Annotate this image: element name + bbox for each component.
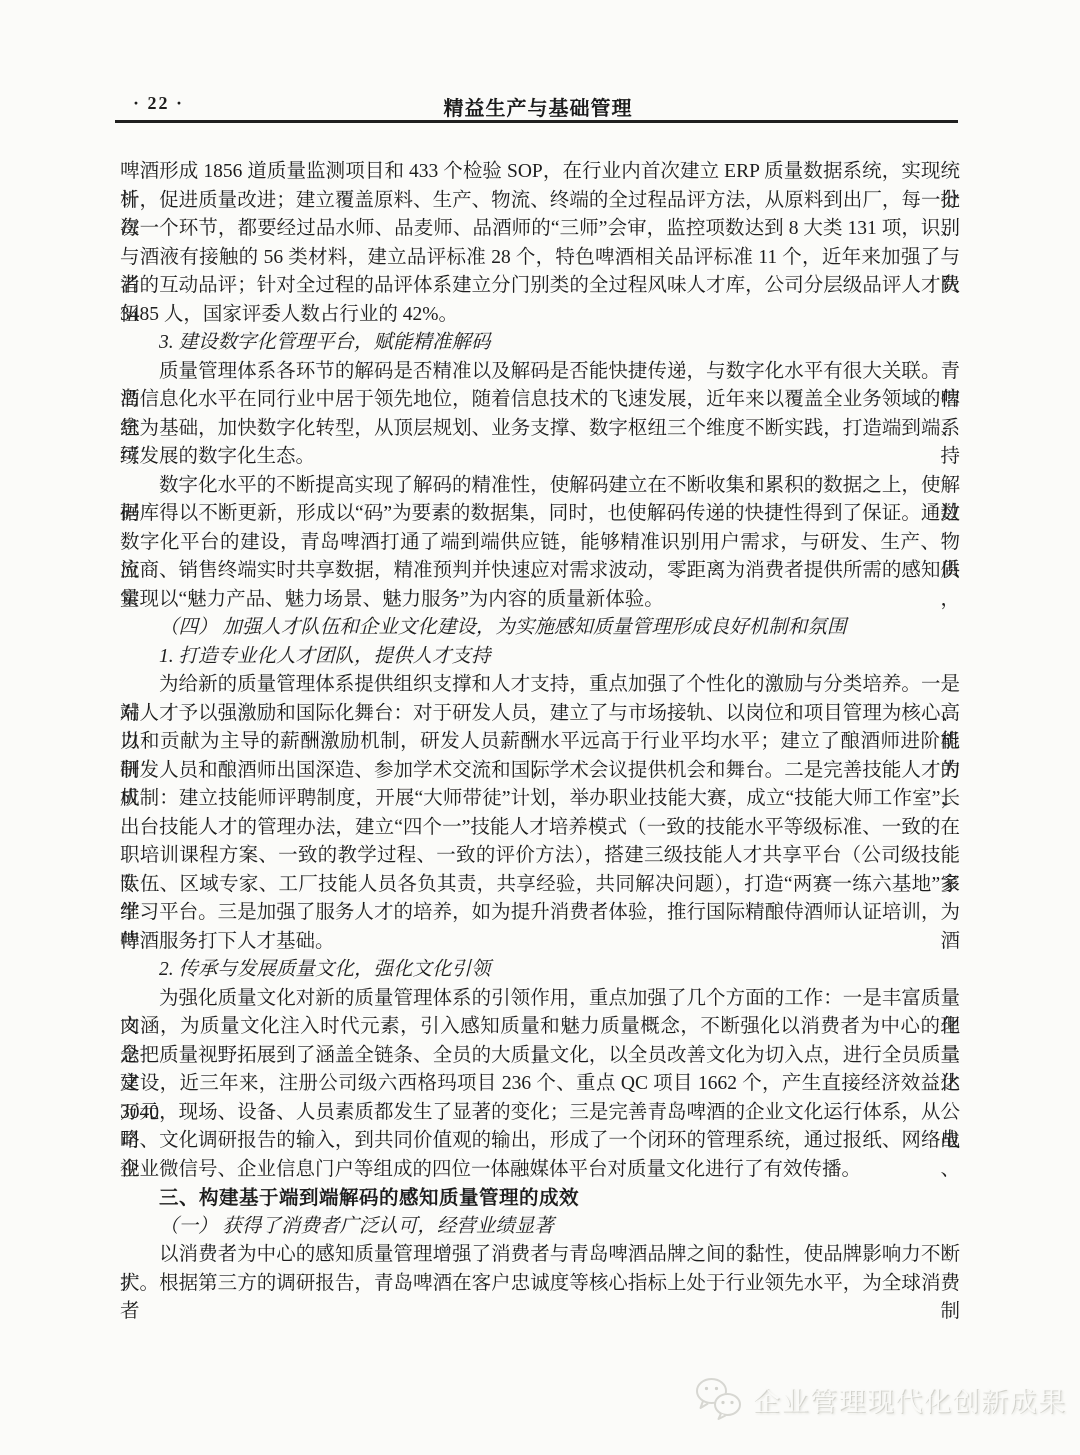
body-text-line: 析，促进质量改进；建立覆盖原料、生产、物流、终端的全过程品评方法，从原料到出厂，… (120, 187, 960, 216)
body-text-line: 酒信息化水平在同行业中居于领先地位，随着信息技术的飞速发展，近年来以覆盖全业务领… (120, 386, 960, 415)
header-rule (115, 120, 958, 123)
body-text-line: 学习平台。三是加强了服务人才的培养，如为提升消费者体验，推行国际精酿侍酒师认证培… (120, 899, 960, 928)
body-text-line: 数字化平台的建设，青岛啤酒打通了端到端供应链，能够精准识别用户需求，与研发、生产… (120, 529, 960, 558)
body-text-line: 企业微信号、企业信息门户等组成的四位一体融媒体平台对质量文化进行了有效传播。 (120, 1156, 960, 1185)
watermark: 企业管理现代化创新成果 (694, 1376, 1067, 1422)
body-text-line: 为强化质量文化对新的质量管理体系的引领作用，重点加强了几个方面的工作：一是丰富质… (120, 985, 960, 1014)
body-text-line: 应商、销售终端实时共享数据，精准预判并快速应对需求波动，零距离为消费者提供所需的… (120, 557, 960, 586)
watermark-text: 企业管理现代化创新成果 (753, 1380, 1067, 1419)
body-text-line: 端人才予以强激励和国际化舞台：对于研发人员，建立了与市场接轨、以岗位和项目管理为… (120, 700, 960, 729)
body-text-line: 建设，近三年来，注册公司级六西格玛项目 236 个、重点 QC 项目 1662 … (120, 1070, 960, 1099)
body-text-line: 机制：建立技能师评聘制度，开展“大师带徒”计划，举办职业技能大赛，成立“技能大师… (120, 785, 960, 814)
subheading-line: （四） 加强人才队伍和企业文化建设，为实施感知质量管理形成良好机制和氛围 (120, 614, 960, 643)
subheading-line: （一） 获得了消费者广泛认可，经营业绩显著 (120, 1213, 960, 1242)
body-text-line: 者的互动品评；针对全过程的品评体系建立分门别类的全过程风味人才库，公司分层级品评… (120, 272, 960, 301)
body-text-line: 大。根据第三方的调研报告，青岛啤酒在客户忠诚度等核心指标上处于行业领先水平，为全… (120, 1270, 960, 1299)
body-text-line: 啤酒形成 1856 道质量监测项目和 433 个检验 SOP，在行业内首次建立 … (120, 158, 960, 187)
body-text-line: 是把质量视野拓展到了涵盖全链条、全员的大质量文化，以全员改善文化为切入点，进行全… (120, 1042, 960, 1071)
body-text-line: 力和贡献为主导的薪酬激励机制，研发人员薪酬水平远高于行业平均水平；建立了酿酒师进… (120, 728, 960, 757)
subheading-line: 1. 打造专业化人才团队，提供人才支持 (120, 643, 960, 672)
running-head-title: 精益生产与基础管理 (118, 92, 958, 121)
document-page: · 22 · 精益生产与基础管理 啤酒形成 1856 道质量监测项目和 433 … (0, 0, 1080, 1455)
wechat-icon (694, 1376, 744, 1422)
section-heading-line: 三、构建基于端到端解码的感知质量管理的成效 (120, 1184, 960, 1213)
body-text-line: 统为基础，加快数字化转型，从顶层规划、业务支撑、数字枢纽三个维度不断实践，打造端… (120, 415, 960, 444)
body-text-line: 据库得以不断更新，形成以“码”为要素的数据集，同时，也使解码传递的快捷性得到了保… (120, 500, 960, 529)
body-text-line: 出台技能人才的管理办法，建立“四个一”技能人才培养模式（一致的技能水平等级标准、… (120, 814, 960, 843)
body-text-line: 为给新的质量管理体系提供组织支撑和人才支持，重点加强了个性化的激励与分类培养。一… (120, 671, 960, 700)
body-text-line: 研发人员和酿酒师出国深造、参加学术交流和国际学术会议提供机会和舞台。二是完善技能… (120, 757, 960, 786)
subheading-line: 3. 建设数字化管理平台，赋能精准解码 (120, 329, 960, 358)
body-text-line: 职培训课程方案、一致的教学过程、一致的评价方法），搭建三级技能人才共享平台（公司… (120, 842, 960, 871)
body-text-block: 啤酒形成 1856 道质量监测项目和 433 个检验 SOP，在行业内首次建立 … (120, 158, 960, 1298)
body-text-line: 质量管理体系各环节的解码是否精准以及解码是否能快捷传递，与数字化水平有很大关联。… (120, 358, 960, 387)
body-text-line: 万元，现场、设备、人员素质都发生了显著的变化；三是完善青岛啤酒的企业文化运行体系… (120, 1099, 960, 1128)
body-text-line: 每一个环节，都要经过品水师、品麦师、品酒师的“三师”会审，监控项数达到 8 大类… (120, 215, 960, 244)
body-text-line: 与酒液有接触的 56 类材料，建立品评标准 28 个，特色啤酒相关品评标准 11… (120, 244, 960, 273)
body-text-line: 队伍、区域专家、工厂技能人员各负其责，共享经验，共同解决问题），打造“两赛一练六… (120, 871, 960, 900)
body-text-line: 内涵，为质量文化注入时代元素，引入感知质量和魅力质量概念，不断强化以消费者为中心… (120, 1013, 960, 1042)
subheading-line: 2. 传承与发展质量文化，强化文化引领 (120, 956, 960, 985)
body-text-line: 3485 人，国家评委人数占行业的 42%。 (120, 301, 960, 330)
body-text-line: 数字化水平的不断提高实现了解码的精准性，使解码建立在不断收集和累积的数据之上，使… (120, 472, 960, 501)
body-text-line: 略、文化调研报告的输入，到共同价值观的输出，形成了一个闭环的管理系统，通过报纸、… (120, 1127, 960, 1156)
body-text-line: 以消费者为中心的感知质量管理增强了消费者与青岛啤酒品牌之间的黏性，使品牌影响力不… (120, 1241, 960, 1270)
